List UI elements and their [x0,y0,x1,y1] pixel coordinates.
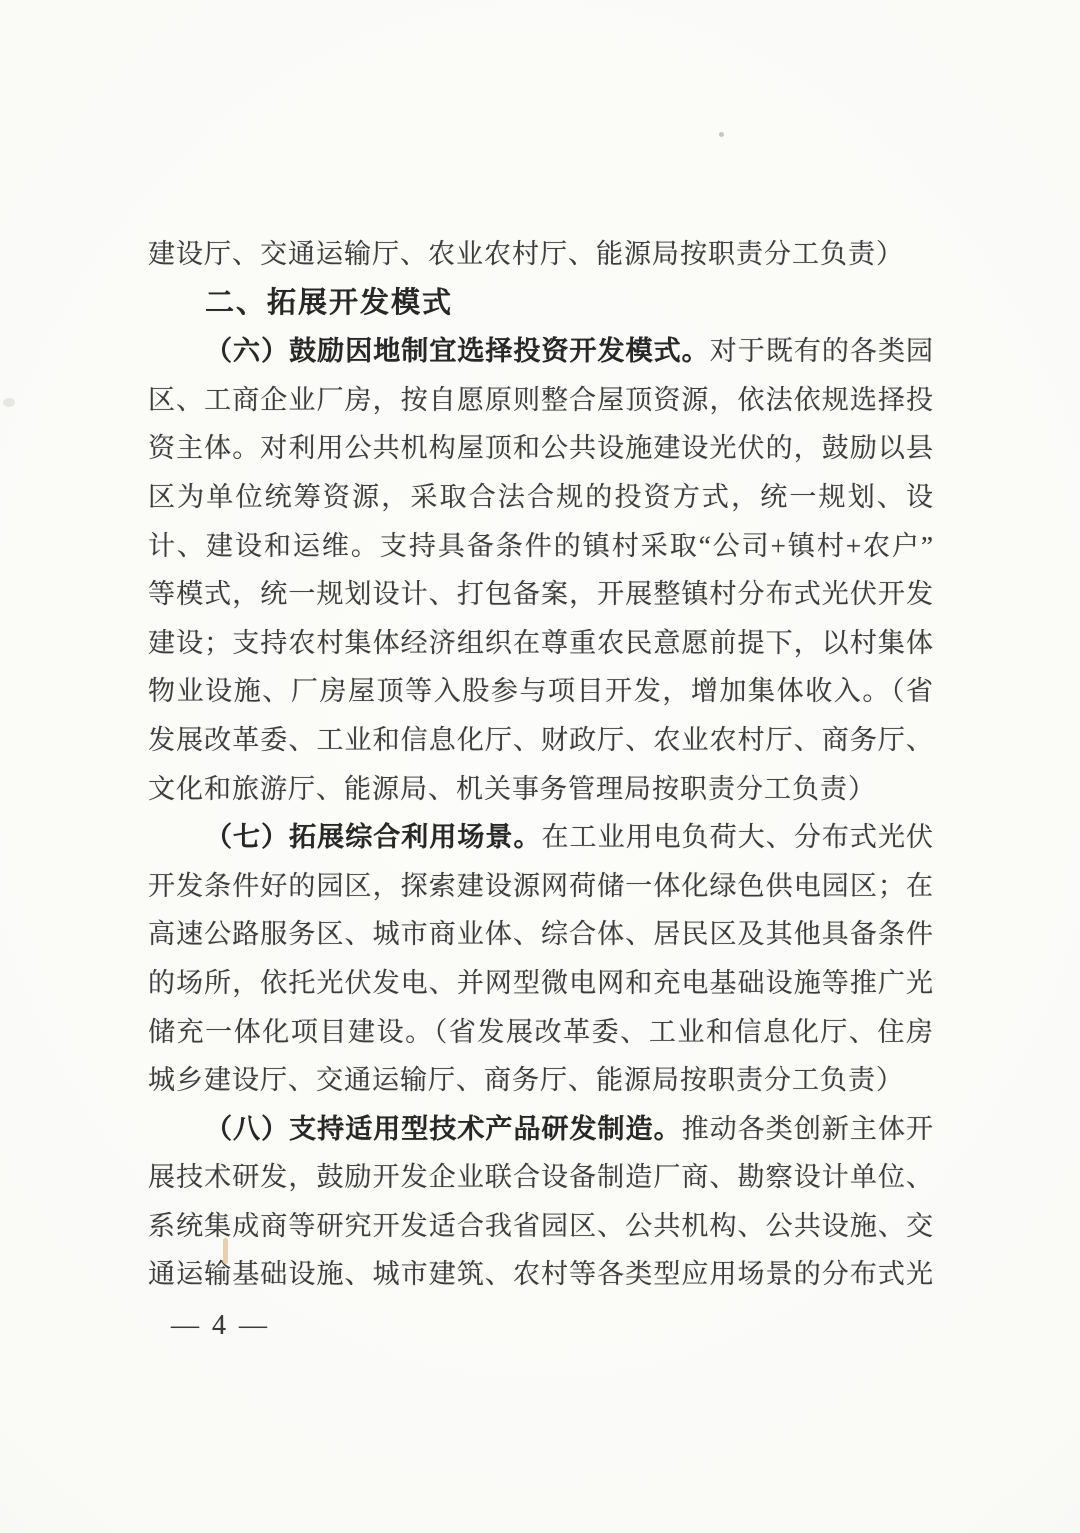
line-text: 等模式，统一规划设计、打包备案，开展整镇村分布式光伏开发 [148,579,934,609]
bold-lead: 二、拓展开发模式 [205,287,453,319]
text-line: 开发条件好的园区，探索建设源网荷储一体化绿色供电园区；在 [148,862,934,911]
paragraph-start-line: （六）鼓励因地制宜选择投资开发模式。对于既有的各类园 [148,327,934,376]
bold-lead: （八）支持适用型技术产品研发制造。 [205,1114,682,1144]
line-text: 高速公路服务区、城市商业体、综合体、居民区及其他具备条件 [148,919,934,949]
text-line: 区为单位统筹资源，采取合法合规的投资方式，统一规划、设 [148,473,934,522]
text-line: 城乡建设厅、交通运输厅、商务厅、能源局按职责分工负责） [148,1056,934,1105]
text-line: 的场所，依托光伏发电、并网型微电网和充电基础设施等推广光 [148,959,934,1008]
line-text: 系统集成商等研究开发适合我省园区、公共机构、公共设施、交 [148,1211,934,1241]
text-line: 系统集成商等研究开发适合我省园区、公共机构、公共设施、交 [148,1202,934,1251]
text-line: 计、建设和运维。支持具备条件的镇村采取“公司+镇村+农户” [148,522,934,571]
line-text: 物业设施、厂房屋顶等入股参与项目开发，增加集体收入。（省 [148,676,934,706]
text-line: 储充一体化项目建设。（省发展改革委、工业和信息化厅、住房 [148,1008,934,1057]
text-line: 建设；支持农村集体经济组织在尊重农民意愿前提下，以村集体 [148,619,934,668]
text-line: 区、工商企业厂房，按自愿原则整合屋顶资源，依法依规选择投 [148,376,934,425]
text-line: 展技术研发，鼓励开发企业联合设备制造厂商、勘察设计单位、 [148,1153,934,1202]
text-line: 等模式，统一规划设计、打包备案，开展整镇村分布式光伏开发 [148,570,934,619]
paragraph-start-line: （七）拓展综合利用场景。在工业用电负荷大、分布式光伏 [148,813,934,862]
section-heading: 二、拓展开发模式 [148,279,934,328]
text-line: 通运输基础设施、城市建筑、农村等各类型应用场景的分布式光 [148,1250,934,1299]
text-line: 资主体。对利用公共机构屋顶和公共设施建设光伏的，鼓励以县 [148,424,934,473]
scan-speck [719,132,724,137]
line-text: 储充一体化项目建设。（省发展改革委、工业和信息化厅、住房 [148,1017,934,1047]
scanned-document-page: 建设厅、交通运输厅、农业农村厅、能源局按职责分工负责） 二、拓展开发模式 （六）… [0,0,1080,1533]
line-text: 区为单位统筹资源，采取合法合规的投资方式，统一规划、设 [148,482,934,512]
document-body: 建设厅、交通运输厅、农业农村厅、能源局按职责分工负责） 二、拓展开发模式 （六）… [148,230,934,1299]
line-text: 在工业用电负荷大、分布式光伏 [541,822,934,852]
bold-lead: （六）鼓励因地制宜选择投资开发模式。 [205,336,710,366]
line-text: 建设；支持农村集体经济组织在尊重农民意愿前提下，以村集体 [148,628,934,658]
line-text: 展技术研发，鼓励开发企业联合设备制造厂商、勘察设计单位、 [148,1162,934,1192]
text-line: 发展改革委、工业和信息化厅、财政厅、农业农村厅、商务厅、 [148,716,934,765]
bold-lead: （七）拓展综合利用场景。 [205,822,541,852]
paragraph-start-line: （八）支持适用型技术产品研发制造。推动各类创新主体开 [148,1105,934,1154]
line-text: 建设厅、交通运输厅、农业农村厅、能源局按职责分工负责） [148,239,904,269]
line-text: 的场所，依托光伏发电、并网型微电网和充电基础设施等推广光 [148,968,934,998]
text-line: 高速公路服务区、城市商业体、综合体、居民区及其他具备条件 [148,910,934,959]
line-text: 通运输基础设施、城市建筑、农村等各类型应用场景的分布式光 [148,1259,934,1289]
text-line: 建设厅、交通运输厅、农业农村厅、能源局按职责分工负责） [148,230,934,279]
line-text: 发展改革委、工业和信息化厅、财政厅、农业农村厅、商务厅、 [148,725,934,755]
text-line: 文化和旅游厅、能源局、机关事务管理局按职责分工负责） [148,765,934,814]
page-number: — 4 — [171,1306,270,1346]
line-text: 资主体。对利用公共机构屋顶和公共设施建设光伏的，鼓励以县 [148,433,934,463]
line-text: 计、建设和运维。支持具备条件的镇村采取“公司+镇村+农户” [148,531,934,561]
scan-edge-smudge [3,398,15,407]
line-text: 区、工商企业厂房，按自愿原则整合屋顶资源，依法依规选择投 [148,385,934,415]
line-text: 对于既有的各类园 [710,336,934,366]
line-text: 开发条件好的园区，探索建设源网荷储一体化绿色供电园区；在 [148,871,934,901]
text-line: 物业设施、厂房屋顶等入股参与项目开发，增加集体收入。（省 [148,667,934,716]
line-text: 推动各类创新主体开 [682,1114,934,1144]
line-text: 城乡建设厅、交通运输厅、商务厅、能源局按职责分工负责） [148,1065,904,1095]
line-text: 文化和旅游厅、能源局、机关事务管理局按职责分工负责） [148,774,876,804]
